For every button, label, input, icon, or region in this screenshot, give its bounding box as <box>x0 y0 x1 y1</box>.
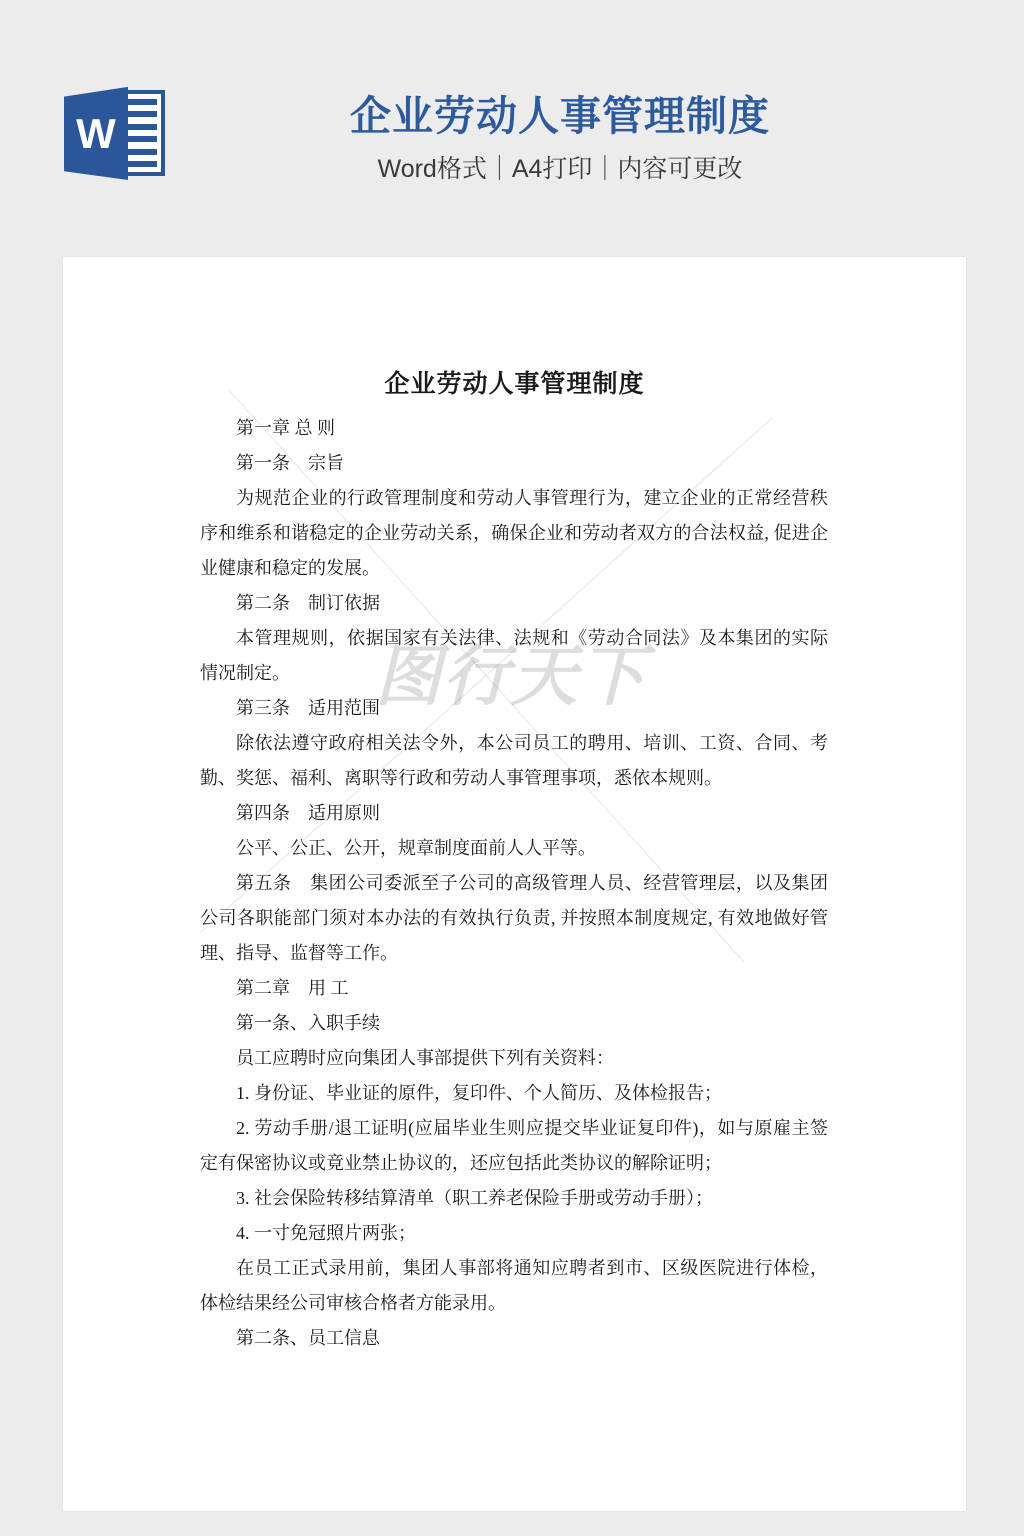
document-body: 第一章 总 则第一条 宗旨为规范企业的行政管理制度和劳动人事管理行为，建立企业的… <box>200 411 828 1356</box>
document-page: 图行天下 企业劳动人事管理制度 第一章 总 则第一条 宗旨为规范企业的行政管理制… <box>63 257 966 1511</box>
document-paragraph: 公平、公正、公开，规章制度面前人人平等。 <box>200 831 828 866</box>
document-paragraph: 3. 社会保险转移结算清单（职工养老保险手册或劳动手册）； <box>200 1181 828 1216</box>
document-paragraph: 第五条 集团公司委派至子公司的高级管理人员、经营管理层，以及集团公司各职能部门须… <box>200 866 828 971</box>
document-paragraph: 2. 劳动手册/退工证明(应届毕业生则应提交毕业证复印件)，如与原雇主签定有保密… <box>200 1111 828 1181</box>
header-subtitle: Word格式｜A4打印｜内容可更改 <box>96 153 1024 185</box>
document-paragraph: 为规范企业的行政管理制度和劳动人事管理行为，建立企业的正常经营秩序和维系和谐稳定… <box>200 481 828 586</box>
document-paragraph: 第二条、员工信息 <box>200 1321 828 1356</box>
document-paragraph: 4. 一寸免冠照片两张； <box>200 1216 828 1251</box>
document-paragraph: 第一条、入职手续 <box>200 1006 828 1041</box>
document-paragraph: 第一章 总 则 <box>200 411 828 446</box>
header: W 企业劳动人事管理制度 Word格式｜A4打印｜内容可更改 <box>0 0 1024 257</box>
document-paragraph: 第一条 宗旨 <box>200 446 828 481</box>
document-paragraph: 第二章 用 工 <box>200 971 828 1006</box>
document-paragraph: 第四条 适用原则 <box>200 796 828 831</box>
document-paragraph: 除依法遵守政府相关法令外，本公司员工的聘用、培训、工资、合同、考勤、奖惩、福利、… <box>200 726 828 796</box>
document-paragraph: 1. 身份证、毕业证的原件，复印件、个人简历、及体检报告； <box>200 1076 828 1111</box>
document-paragraph: 员工应聘时应向集团人事部提供下列有关资料： <box>200 1041 828 1076</box>
header-title: 企业劳动人事管理制度 <box>96 93 1024 139</box>
document-paragraph: 在员工正式录用前，集团人事部将通知应聘者到市、区级医院进行体检，体检结果经公司审… <box>200 1251 828 1321</box>
document-paragraph: 第二条 制订依据 <box>200 586 828 621</box>
document-paragraph: 本管理规则，依据国家有关法律、法规和《劳动合同法》及本集团的实际情况制定。 <box>200 621 828 691</box>
document-title: 企业劳动人事管理制度 <box>63 257 966 400</box>
document-paragraph: 第三条 适用范围 <box>200 691 828 726</box>
page-background: { "header": { "word_icon_letter": "W", "… <box>0 0 1024 1536</box>
